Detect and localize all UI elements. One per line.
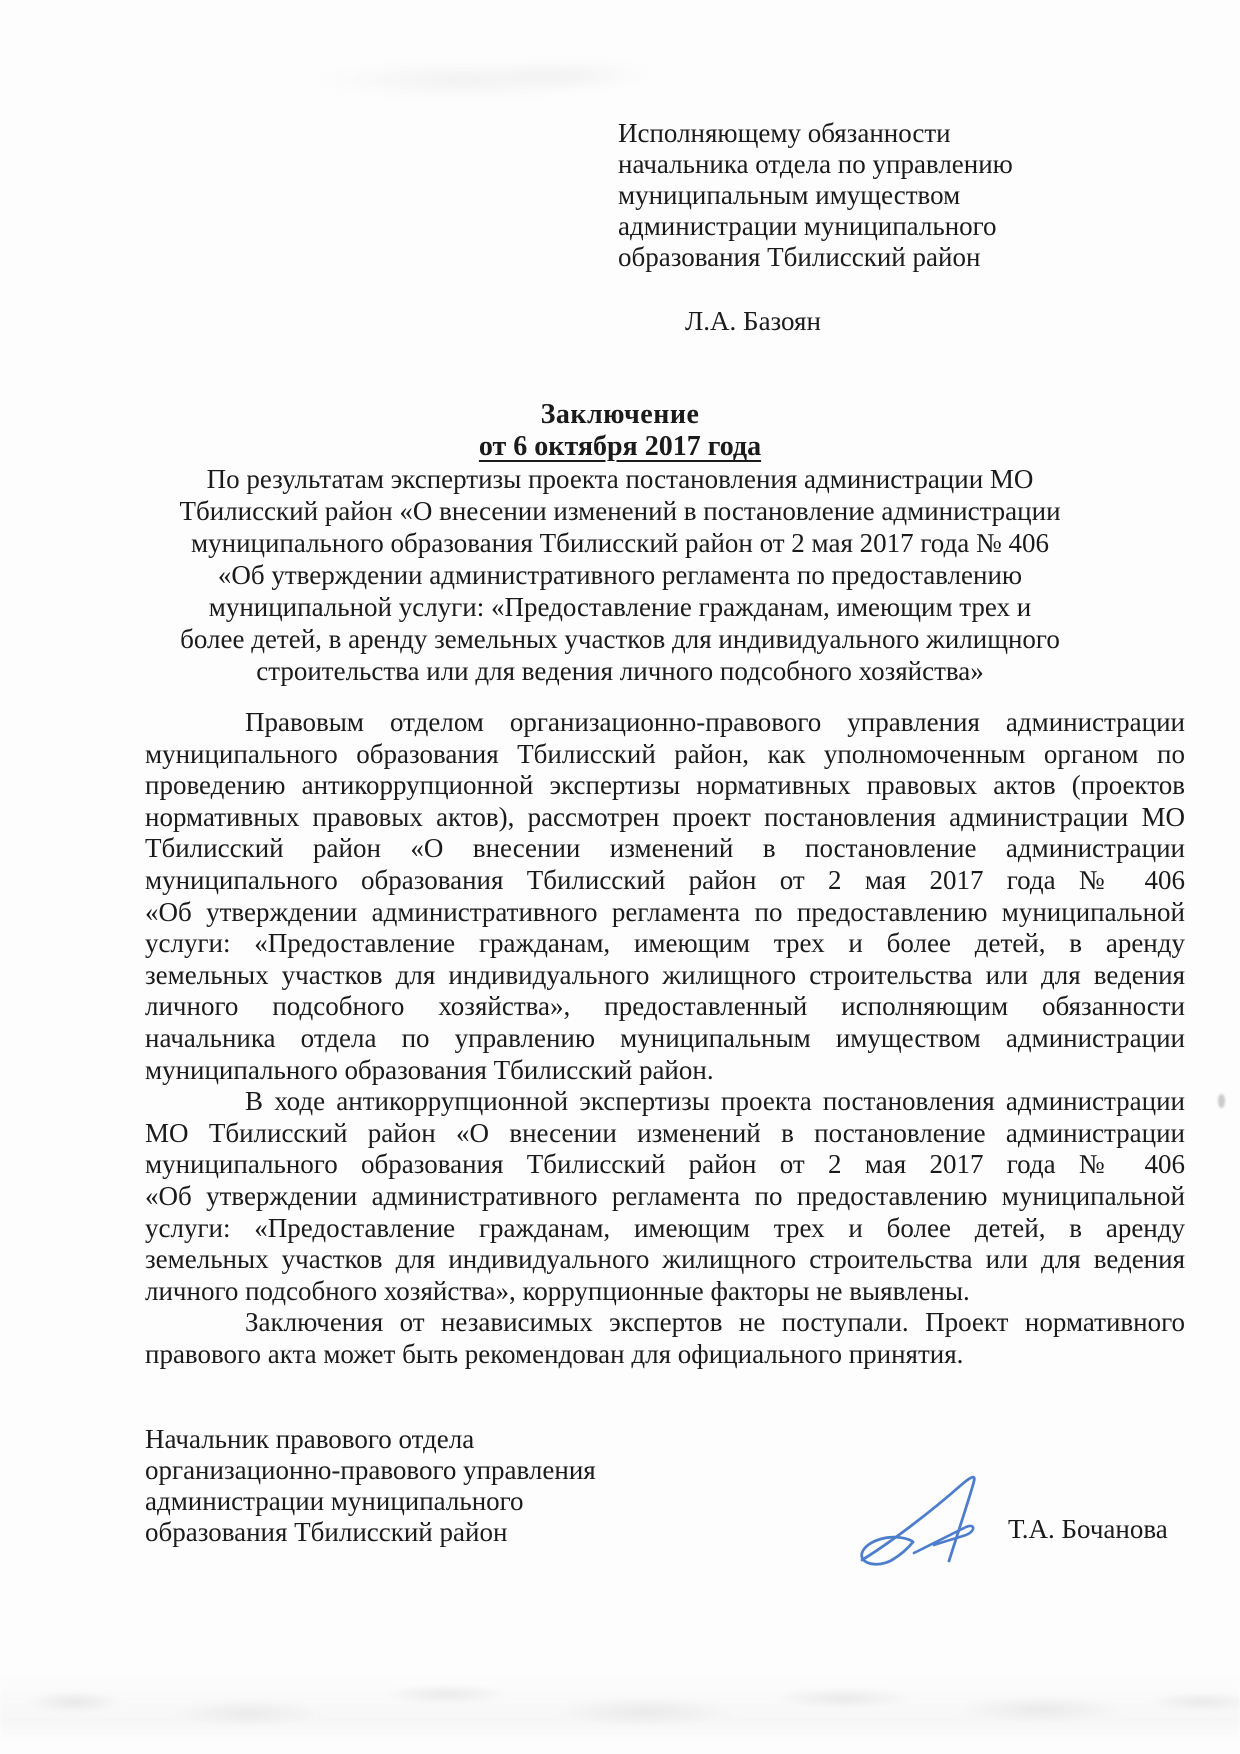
recipient-name: Л.А. Базоян xyxy=(685,306,821,337)
addressee-line: начальника отдела по управлению xyxy=(618,149,1088,180)
body-line: Заключения от независимых экспертов не п… xyxy=(145,1307,1185,1339)
intro-line: По результатам экспертизы проекта постан… xyxy=(145,463,1095,495)
paragraph-2: В ходе антикоррупционной экспертизы прое… xyxy=(145,1086,1185,1307)
intro-line: муниципальной услуги: «Предоставление гр… xyxy=(145,591,1095,623)
addressee-line: муниципальным имуществом xyxy=(618,180,1088,211)
document-body: Правовым отделом организационно-правовог… xyxy=(145,707,1185,1370)
body-line: муниципального образования Тбилисский ра… xyxy=(145,1149,1185,1181)
body-line: В ходе антикоррупционной экспертизы прое… xyxy=(145,1086,1185,1118)
addressee-line: администрации муниципального xyxy=(618,211,1088,242)
title-block: Заключение от 6 октября 2017 года По рез… xyxy=(145,399,1095,687)
intro-line: муниципального образования Тбилисский ра… xyxy=(145,527,1095,559)
body-line: муниципального образования Тбилисский ра… xyxy=(145,739,1185,771)
body-line: муниципального образования Тбилисский ра… xyxy=(145,865,1185,897)
document-date: от 6 октября 2017 года xyxy=(145,431,1095,463)
signature-scribble xyxy=(848,1448,1003,1573)
scan-noise xyxy=(0,1668,1240,1743)
signoff-line: образования Тбилисский район xyxy=(145,1517,705,1548)
scan-smudge xyxy=(320,50,680,110)
body-line: земельных участков для индивидуального ж… xyxy=(145,960,1185,992)
body-line: «Об утверждении административного реглам… xyxy=(145,897,1185,929)
intro-line: Тбилисский район «О внесении изменений в… xyxy=(145,495,1095,527)
signer-name: Т.А. Бочанова xyxy=(1008,1514,1168,1545)
signoff-line: организационно-правового управления xyxy=(145,1455,705,1486)
signature-stroke xyxy=(862,1537,913,1564)
body-line: начальника отдела по управлению муниципа… xyxy=(145,1023,1185,1055)
body-line: Тбилисский район «О внесении изменений в… xyxy=(145,833,1185,865)
signoff-line: Начальник правового отдела xyxy=(145,1424,705,1455)
body-line: личного подсобного хозяйства», предостав… xyxy=(145,991,1185,1023)
signoff-block: Начальник правового отделаорганизационно… xyxy=(145,1424,705,1548)
signature-stroke xyxy=(862,1477,974,1561)
paragraph-1: Правовым отделом организационно-правовог… xyxy=(145,707,1185,1086)
intro-line: более детей, в аренду земельных участков… xyxy=(145,623,1095,655)
signature-stroke xyxy=(914,1526,973,1553)
paragraph-3: Заключения от независимых экспертов не п… xyxy=(145,1307,1185,1370)
body-line: проведению антикоррупционной экспертизы … xyxy=(145,770,1185,802)
body-line: МО Тбилисский район «О внесении изменени… xyxy=(145,1118,1185,1150)
body-line: муниципального образования Тбилисский ра… xyxy=(145,1055,1185,1087)
intro-line: строительства или для ведения личного по… xyxy=(145,655,1095,687)
addressee-line: образования Тбилисский район xyxy=(618,242,1088,273)
signoff-line: администрации муниципального xyxy=(145,1486,705,1517)
body-line: личного подсобного хозяйства», коррупцио… xyxy=(145,1276,1185,1308)
document-page: Исполняющему обязанностиначальника отдел… xyxy=(0,0,1240,1754)
body-line: услуги: «Предоставление гражданам, имеющ… xyxy=(145,1213,1185,1245)
intro-paragraph: По результатам экспертизы проекта постан… xyxy=(145,463,1095,687)
addressee-line: Исполняющему обязанности xyxy=(618,118,1088,149)
body-line: правового акта может быть рекомендован д… xyxy=(145,1339,1185,1371)
document-title: Заключение xyxy=(145,399,1095,431)
body-line: «Об утверждении административного реглам… xyxy=(145,1181,1185,1213)
body-line: земельных участков для индивидуального ж… xyxy=(145,1244,1185,1276)
addressee-block: Исполняющему обязанностиначальника отдел… xyxy=(618,118,1088,273)
body-line: услуги: «Предоставление гражданам, имеющ… xyxy=(145,928,1185,960)
body-line: нормативных правовых актов), рассмотрен … xyxy=(145,802,1185,834)
body-line: Правовым отделом организационно-правовог… xyxy=(145,707,1185,739)
intro-line: «Об утверждении административного реглам… xyxy=(145,559,1095,591)
scan-speck xyxy=(1218,1094,1225,1108)
